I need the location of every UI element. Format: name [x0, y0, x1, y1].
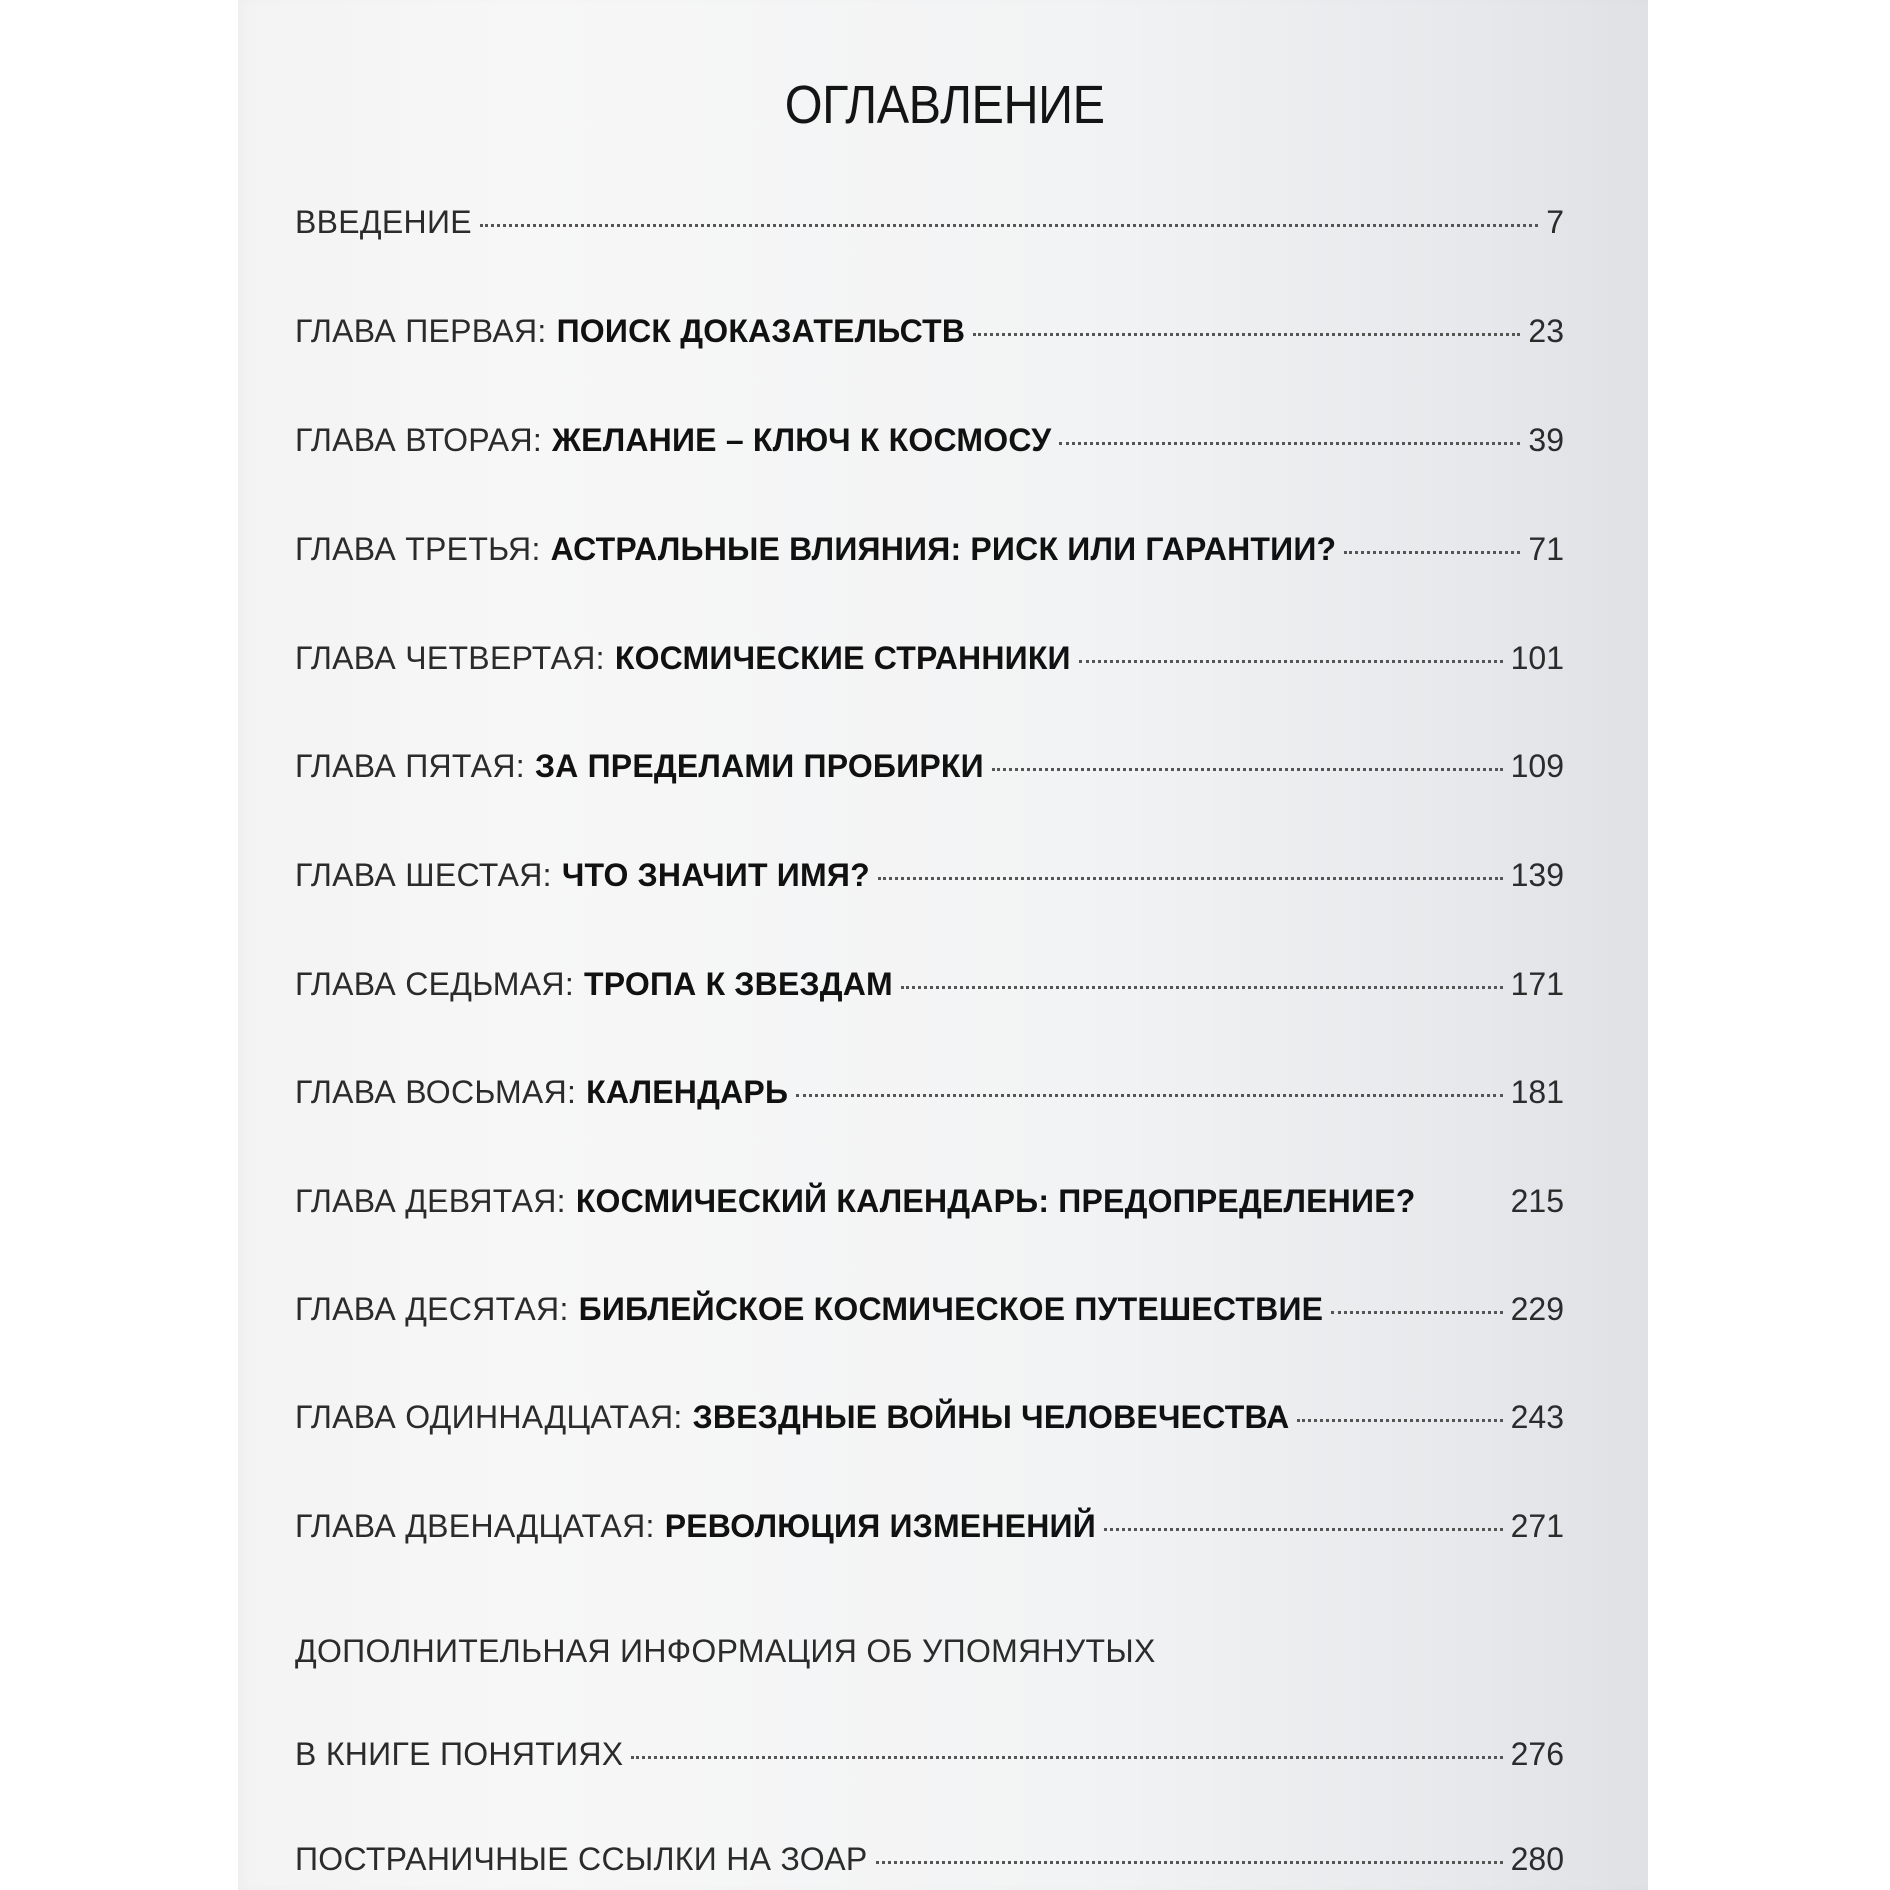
chapter-label: ГЛАВА ВОСЬМАЯ:	[295, 1070, 576, 1114]
chapter-label: ГЛАВА ТРЕТЬЯ:	[295, 527, 541, 571]
toc-entry-chapter-12[interactable]: ГЛАВА ДВЕНАДЦАТАЯ: РЕВОЛЮЦИЯ ИЗМЕНЕНИЙ 2…	[295, 1504, 1564, 1548]
dot-leader	[1344, 551, 1520, 554]
dot-leader	[992, 768, 1503, 771]
chapter-title: АСТРАЛЬНЫЕ ВЛИЯНИЯ: РИСК ИЛИ ГАРАНТИИ?	[551, 527, 1337, 571]
chapter-label: ГЛАВА СЕДЬМАЯ:	[295, 962, 574, 1006]
toc-entry-appendix-line-1[interactable]: ДОПОЛНИТЕЛЬНАЯ ИНФОРМАЦИЯ ОБ УПОМЯНУТЫХ	[295, 1629, 1564, 1673]
dot-leader	[1297, 1419, 1502, 1422]
chapter-label: ГЛАВА ДЕВЯТАЯ:	[295, 1179, 566, 1223]
chapter-title: КОСМИЧЕСКИЕ СТРАННИКИ	[615, 636, 1071, 680]
dot-leader	[1059, 442, 1520, 445]
dot-leader	[1104, 1528, 1503, 1531]
page-title: ОГЛАВЛЕНИЕ	[0, 74, 1890, 136]
toc-entry-chapter-10[interactable]: ГЛАВА ДЕСЯТАЯ: БИБЛЕЙСКОЕ КОСМИЧЕСКОЕ ПУ…	[295, 1287, 1564, 1331]
chapter-title: ЗА ПРЕДЕЛАМИ ПРОБИРКИ	[535, 744, 984, 788]
appendix-label: ДОПОЛНИТЕЛЬНАЯ ИНФОРМАЦИЯ ОБ УПОМЯНУТЫХ	[295, 1629, 1156, 1673]
entry-label: ВВЕДЕНИЕ	[295, 200, 472, 244]
chapter-title: КАЛЕНДАРЬ	[586, 1070, 788, 1114]
page-number: 215	[1501, 1179, 1564, 1223]
page-number: 280	[1511, 1837, 1564, 1881]
chapter-title: ПОИСК ДОКАЗАТЕЛЬСТВ	[557, 309, 966, 353]
dot-leader	[876, 1861, 1503, 1864]
page-number: 109	[1511, 744, 1564, 788]
chapter-label: ГЛАВА ПЯТАЯ:	[295, 744, 525, 788]
page-number: 243	[1511, 1395, 1564, 1439]
page-number: 229	[1511, 1287, 1564, 1331]
chapter-title: ЖЕЛАНИЕ – КЛЮЧ К КОСМОСУ	[552, 418, 1051, 462]
chapter-label: ГЛАВА ПЕРВАЯ:	[295, 309, 547, 353]
book-page	[238, 0, 1648, 1890]
page-title-text: ОГЛАВЛЕНИЕ	[785, 74, 1105, 136]
dot-leader	[901, 986, 1503, 989]
chapter-label: ГЛАВА ВТОРАЯ:	[295, 418, 542, 462]
page-number: 171	[1511, 962, 1564, 1006]
dot-leader	[973, 333, 1520, 336]
chapter-title: ЗВЕЗДНЫЕ ВОЙНЫ ЧЕЛОВЕЧЕСТВА	[693, 1395, 1290, 1439]
chapter-title: КОСМИЧЕСКИЙ КАЛЕНДАРЬ: ПРЕДОПРЕДЕЛЕНИЕ?	[576, 1179, 1416, 1223]
toc-entry-chapter-4[interactable]: ГЛАВА ЧЕТВЕРТАЯ: КОСМИЧЕСКИЕ СТРАННИКИ 1…	[295, 636, 1564, 680]
toc-entry-appendix-concepts[interactable]: В КНИГЕ ПОНЯТИЯХ 276	[295, 1732, 1564, 1776]
page-number: 71	[1528, 527, 1564, 571]
chapter-label: ГЛАВА ОДИННАДЦАТАЯ:	[295, 1395, 683, 1439]
chapter-label: ГЛАВА ДЕСЯТАЯ:	[295, 1287, 569, 1331]
toc-entry-chapter-9[interactable]: ГЛАВА ДЕВЯТАЯ: КОСМИЧЕСКИЙ КАЛЕНДАРЬ: ПР…	[295, 1179, 1564, 1223]
toc-entry-chapter-11[interactable]: ГЛАВА ОДИННАДЦАТАЯ: ЗВЕЗДНЫЕ ВОЙНЫ ЧЕЛОВ…	[295, 1395, 1564, 1439]
toc-entry-introduction[interactable]: ВВЕДЕНИЕ 7	[295, 200, 1564, 244]
appendix-label: ПОСТРАНИЧНЫЕ ССЫЛКИ НА ЗОАР	[295, 1837, 868, 1881]
dot-leader	[878, 877, 1503, 880]
page-number: 276	[1511, 1732, 1564, 1776]
chapter-title: ЧТО ЗНАЧИТ ИМЯ?	[562, 853, 870, 897]
page-number: 181	[1511, 1070, 1564, 1114]
chapter-title: ТРОПА К ЗВЕЗДАМ	[584, 962, 893, 1006]
page-number: 101	[1511, 636, 1564, 680]
toc-entry-chapter-1[interactable]: ГЛАВА ПЕРВАЯ: ПОИСК ДОКАЗАТЕЛЬСТВ 23	[295, 309, 1564, 353]
chapter-title: РЕВОЛЮЦИЯ ИЗМЕНЕНИЙ	[665, 1504, 1096, 1548]
page-number: 23	[1528, 309, 1564, 353]
appendix-label: В КНИГЕ ПОНЯТИЯХ	[295, 1732, 623, 1776]
toc-entry-chapter-6[interactable]: ГЛАВА ШЕСТАЯ: ЧТО ЗНАЧИТ ИМЯ? 139	[295, 853, 1564, 897]
dot-leader	[1079, 660, 1503, 663]
chapter-label: ГЛАВА ЧЕТВЕРТАЯ:	[295, 636, 605, 680]
dot-leader	[796, 1094, 1502, 1097]
dot-leader	[1331, 1311, 1502, 1314]
chapter-label: ГЛАВА ШЕСТАЯ:	[295, 853, 552, 897]
toc-entry-chapter-7[interactable]: ГЛАВА СЕДЬМАЯ: ТРОПА К ЗВЕЗДАМ 171	[295, 962, 1564, 1006]
toc-entry-chapter-5[interactable]: ГЛАВА ПЯТАЯ: ЗА ПРЕДЕЛАМИ ПРОБИРКИ 109	[295, 744, 1564, 788]
page-number: 139	[1511, 853, 1564, 897]
chapter-title: БИБЛЕЙСКОЕ КОСМИЧЕСКОЕ ПУТЕШЕСТВИЕ	[579, 1287, 1324, 1331]
toc-entry-chapter-8[interactable]: ГЛАВА ВОСЬМАЯ: КАЛЕНДАРЬ 181	[295, 1070, 1564, 1114]
page-number: 271	[1511, 1504, 1564, 1548]
chapter-label: ГЛАВА ДВЕНАДЦАТАЯ:	[295, 1504, 655, 1548]
dot-leader	[631, 1756, 1502, 1759]
page-number: 7	[1546, 200, 1564, 244]
toc-entry-zohar-references[interactable]: ПОСТРАНИЧНЫЕ ССЫЛКИ НА ЗОАР 280	[295, 1837, 1564, 1881]
toc-entry-chapter-3[interactable]: ГЛАВА ТРЕТЬЯ: АСТРАЛЬНЫЕ ВЛИЯНИЯ: РИСК И…	[295, 527, 1564, 571]
dot-leader	[480, 224, 1538, 227]
toc-entry-chapter-2[interactable]: ГЛАВА ВТОРАЯ: ЖЕЛАНИЕ – КЛЮЧ К КОСМОСУ 3…	[295, 418, 1564, 462]
page-number: 39	[1528, 418, 1564, 462]
